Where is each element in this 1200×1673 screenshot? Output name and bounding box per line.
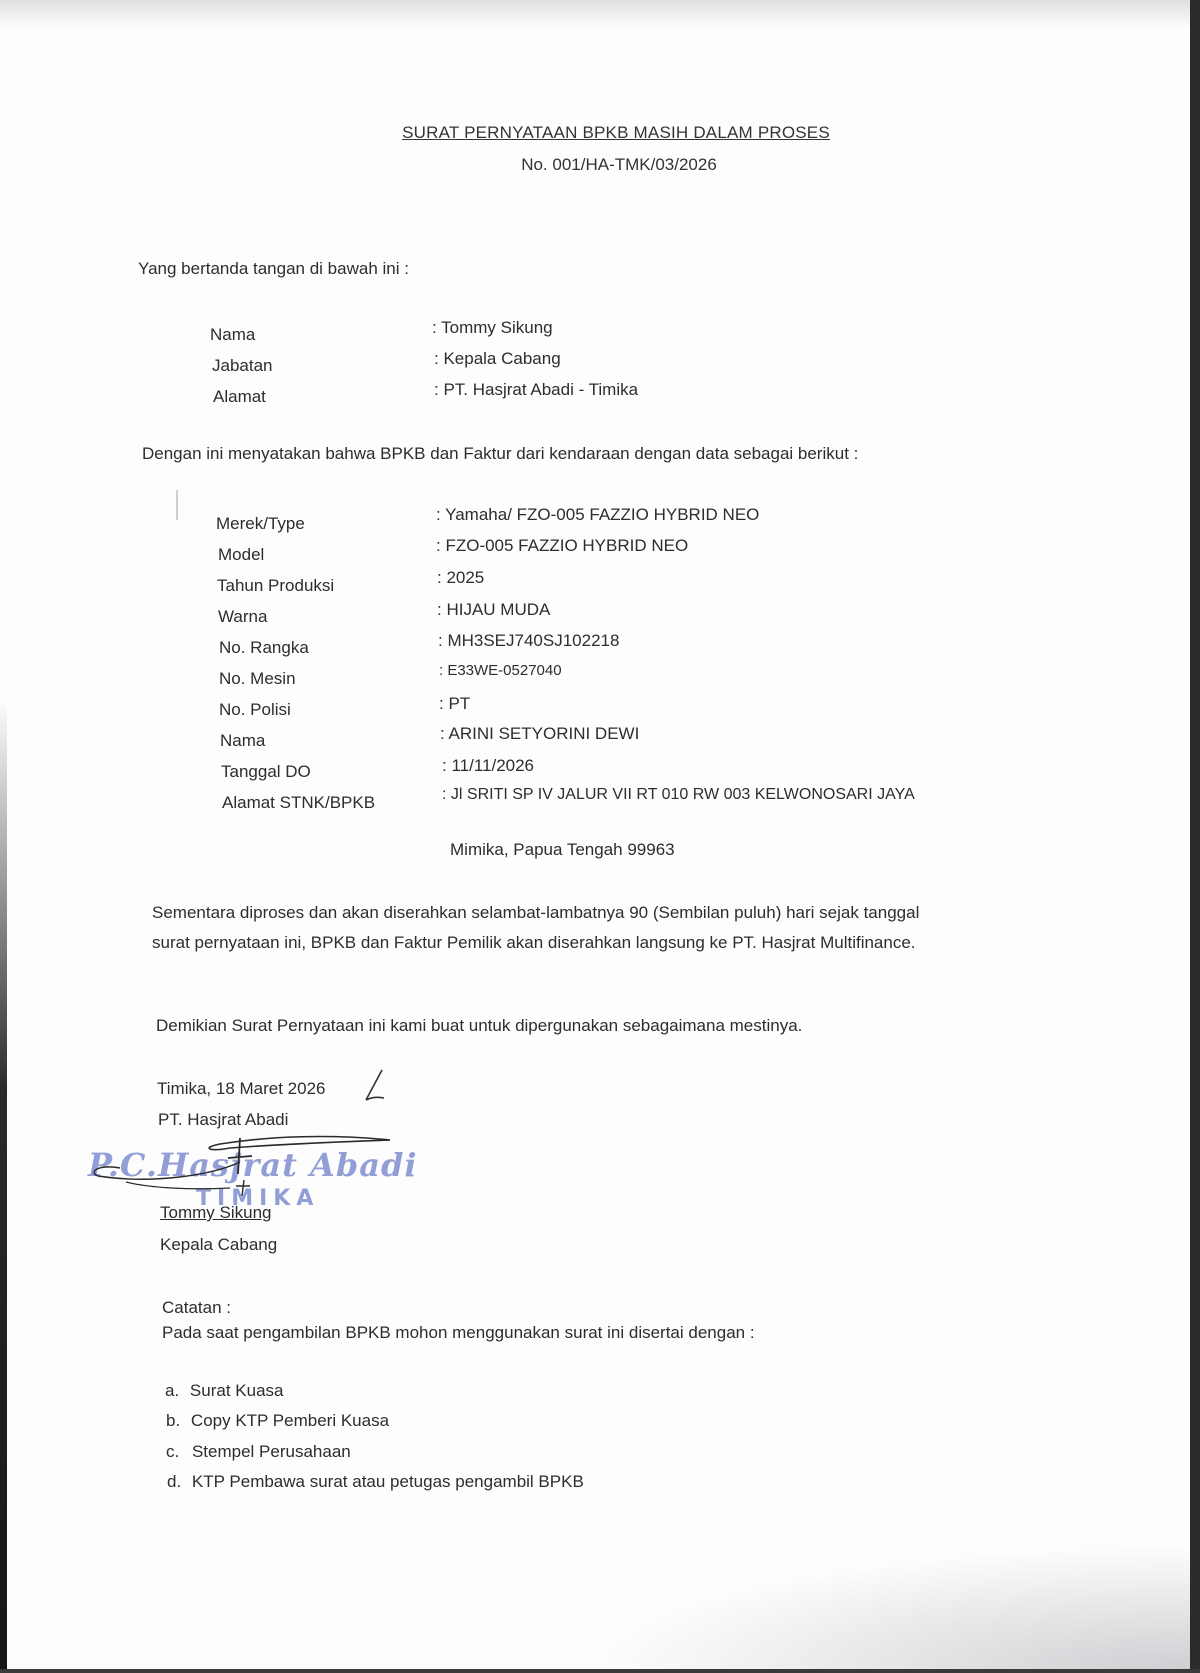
closing-text: Demikian Surat Pernyataan ini kami buat … bbox=[156, 1015, 802, 1037]
notes-item-text: Copy KTP Pemberi Kuasa bbox=[191, 1411, 389, 1430]
notes-item: a. Surat Kuasa bbox=[165, 1380, 283, 1402]
scan-border-left bbox=[0, 700, 7, 1673]
vehicle-value-year: : 2025 bbox=[437, 568, 484, 588]
notes-item: d. KTP Pembawa surat atau petugas pengam… bbox=[167, 1471, 584, 1493]
vehicle-label-do-date: Tanggal DO bbox=[221, 762, 311, 782]
initial-mark-icon bbox=[360, 1068, 390, 1104]
vehicle-label-color: Warna bbox=[218, 607, 267, 627]
statement-text: Dengan ini menyatakan bahwa BPKB dan Fak… bbox=[142, 443, 858, 465]
notes-item-text: Surat Kuasa bbox=[190, 1381, 284, 1400]
vehicle-value-do-date: : 11/11/2026 bbox=[442, 756, 534, 776]
notes-item-marker: b. bbox=[166, 1411, 180, 1430]
body-line-1: Sementara diproses dan akan diserahkan s… bbox=[152, 902, 919, 924]
scanned-letter-page: SURAT PERNYATAAN BPKB MASIH DALAM PROSES… bbox=[0, 0, 1200, 1673]
vehicle-label-owner-name: Nama bbox=[220, 731, 265, 751]
signer-label-name: Nama bbox=[210, 325, 255, 345]
body-line-2: surat pernyataan ini, BPKB dan Faktur Pe… bbox=[152, 932, 916, 954]
signer-value-address: : PT. Hasjrat Abadi - Timika bbox=[434, 380, 638, 400]
letter-title: SURAT PERNYATAAN BPKB MASIH DALAM PROSES bbox=[0, 123, 1200, 143]
scan-mark bbox=[176, 490, 178, 520]
scan-border-right bbox=[1190, 0, 1200, 1673]
signer-value-name: : Tommy Sikung bbox=[432, 318, 553, 338]
intro-text: Yang bertanda tangan di bawah ini : bbox=[138, 258, 409, 280]
vehicle-value-registration-address: : Jl SRITI SP IV JALUR VII RT 010 RW 003… bbox=[442, 786, 915, 804]
vehicle-value-plate-no: : PT bbox=[439, 694, 470, 714]
notes-intro: Pada saat pengambilan BPKB mohon menggun… bbox=[162, 1322, 755, 1344]
vehicle-value-color: : HIJAU MUDA bbox=[437, 600, 550, 620]
vehicle-value-address-line2: Mimika, Papua Tengah 99963 bbox=[450, 840, 675, 860]
notes-heading: Catatan : bbox=[162, 1297, 231, 1319]
notes-item: c. Stempel Perusahaan bbox=[166, 1441, 351, 1463]
notes-item: b. Copy KTP Pemberi Kuasa bbox=[166, 1410, 389, 1432]
vehicle-value-chassis-no: : MH3SEJ740SJ102218 bbox=[438, 631, 619, 651]
scan-border-bottom bbox=[0, 1669, 1200, 1673]
vehicle-value-engine-no: : E33WE-0527040 bbox=[439, 662, 562, 679]
vehicle-label-brand: Merek/Type bbox=[216, 514, 305, 534]
signer-label-address: Alamat bbox=[213, 387, 266, 407]
vehicle-label-plate-no: No. Polisi bbox=[219, 700, 291, 720]
vehicle-label-model: Model bbox=[218, 545, 264, 565]
vehicle-label-year: Tahun Produksi bbox=[217, 576, 334, 596]
vehicle-label-engine-no: No. Mesin bbox=[219, 669, 296, 689]
signatory-name: Tommy Sikung bbox=[160, 1202, 271, 1224]
notes-item-marker: a. bbox=[165, 1381, 179, 1400]
scan-shadow-top bbox=[0, 0, 1190, 28]
notes-item-text: KTP Pembawa surat atau petugas pengambil… bbox=[192, 1472, 584, 1491]
scan-shadow-corner bbox=[590, 1543, 1190, 1673]
vehicle-value-owner-name: : ARINI SETYORINI DEWI bbox=[440, 724, 639, 744]
signer-value-position: : Kepala Cabang bbox=[434, 349, 561, 369]
vehicle-label-registration-address: Alamat STNK/BPKB bbox=[222, 793, 375, 813]
signatory-title: Kepala Cabang bbox=[160, 1234, 277, 1256]
vehicle-label-chassis-no: No. Rangka bbox=[219, 638, 309, 658]
vehicle-value-model: : FZO-005 FAZZIO HYBRID NEO bbox=[436, 536, 688, 556]
notes-item-text: Stempel Perusahaan bbox=[192, 1442, 351, 1461]
signer-label-position: Jabatan bbox=[212, 356, 273, 376]
notes-item-marker: d. bbox=[167, 1472, 181, 1491]
letter-number: No. 001/HA-TMK/03/2026 bbox=[0, 155, 1200, 175]
vehicle-value-brand: : Yamaha/ FZO-005 FAZZIO HYBRID NEO bbox=[436, 505, 759, 525]
place-date: Timika, 18 Maret 2026 bbox=[157, 1078, 326, 1100]
notes-item-marker: c. bbox=[166, 1442, 179, 1461]
